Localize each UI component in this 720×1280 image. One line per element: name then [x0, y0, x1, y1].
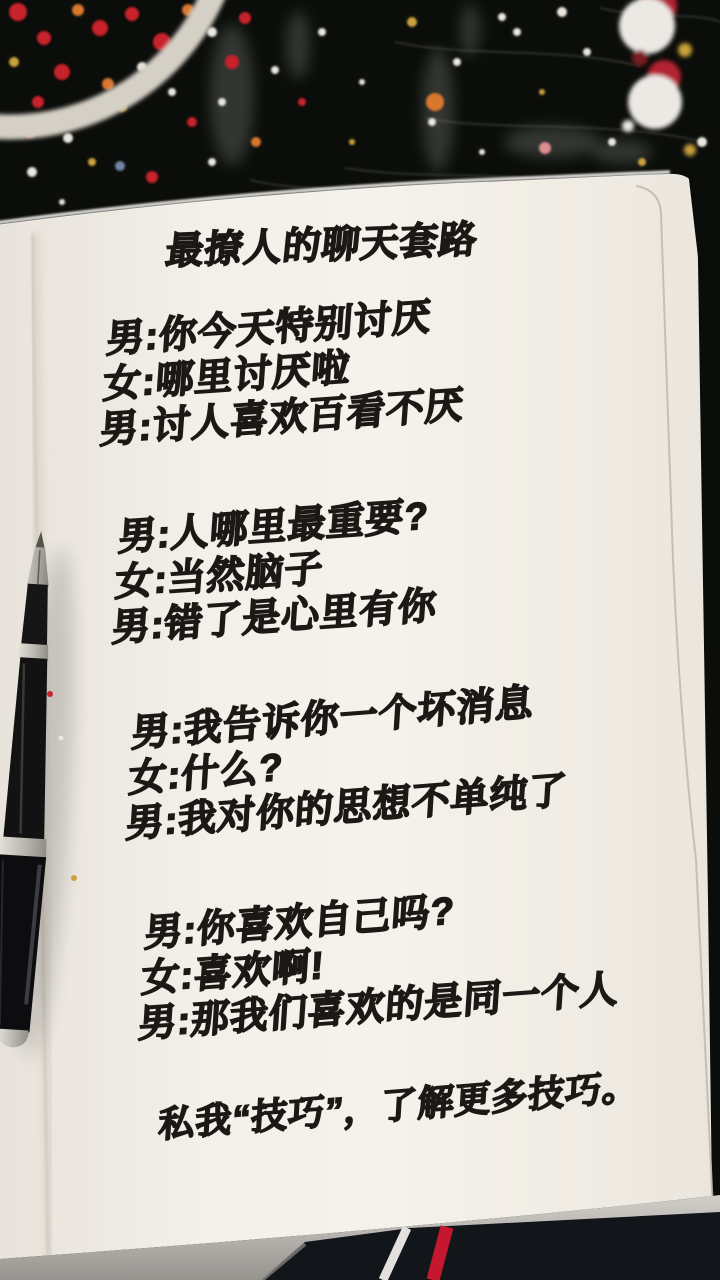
dialogue-block-4: 男:你喜欢自己吗? 女:喜欢啊! 男:那我们喜欢的是同一个人	[137, 877, 626, 1048]
dialogue-block-3: 男:我告诉你一个坏消息 女:什么? 男:我对你的思想不单纯了	[124, 678, 574, 848]
video-frame: 最撩人的聊天套路 男:你今天特别讨厌 女:哪里讨厌啦 男:讨人喜欢百看不厌 男:…	[0, 0, 720, 1280]
page-text: 最撩人的聊天套路 男:你今天特别讨厌 女:哪里讨厌啦 男:讨人喜欢百看不厌 男:…	[0, 0, 720, 1280]
page-title: 最撩人的聊天套路	[163, 218, 479, 275]
dialogue-block-1: 男:你今天特别讨厌 女:哪里讨厌啦 男:讨人喜欢百看不厌	[98, 293, 471, 454]
dialogue-block-2: 男:人哪里最重要? 女:当然脑子 男:错了是心里有你	[110, 493, 444, 652]
cta-text: 私我“技巧”，了解更多技巧。	[157, 1063, 640, 1147]
